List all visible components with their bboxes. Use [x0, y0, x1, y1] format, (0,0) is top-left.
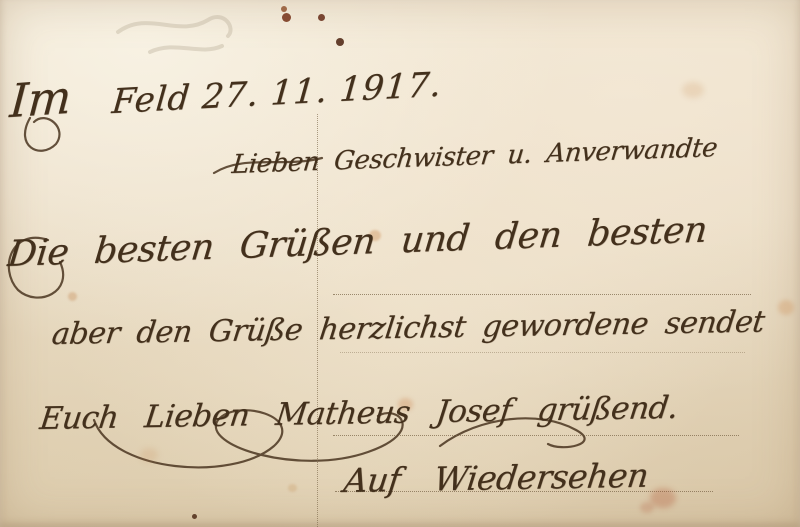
stain-dot-1 [281, 6, 287, 12]
handwriting-place-word: Im [8, 70, 73, 129]
stain-fox-2 [68, 292, 77, 301]
stain-fox-3 [778, 300, 794, 315]
stain-smudge-2 [640, 502, 654, 513]
handwriting-body-line-2: aber den Grüße herzlichst gewordene send… [50, 305, 767, 353]
stain-dot-2 [282, 13, 291, 22]
address-rule-3 [333, 435, 739, 436]
stain-fox-6 [288, 484, 297, 492]
stain-fox-4 [682, 82, 704, 98]
handwriting-body-line-3: Euch Lieben Matheus Josef grüßend. [38, 390, 680, 437]
postcard-message-side: Im Feld 27. 11. 1917. Lieben Geschwister… [0, 0, 800, 527]
stain-dot-3 [318, 14, 325, 21]
handwriting-closing: Auf Wiedersehen [342, 456, 651, 500]
handwriting-date-line: Feld 27. 11. 1917. [110, 65, 443, 123]
stain-fox-7 [140, 448, 158, 462]
address-rule-2 [340, 352, 745, 353]
handwriting-body-line-1: Die besten Grüßen und den besten [6, 210, 709, 276]
stain-smudge-1 [650, 488, 676, 508]
address-rule-1 [333, 294, 751, 295]
stain-dot-4 [336, 38, 344, 46]
ghost-impression [118, 17, 231, 52]
handwriting-salutation: Lieben Geschwister u. Anverwandte [230, 133, 718, 180]
stain-dot-5 [192, 514, 197, 519]
